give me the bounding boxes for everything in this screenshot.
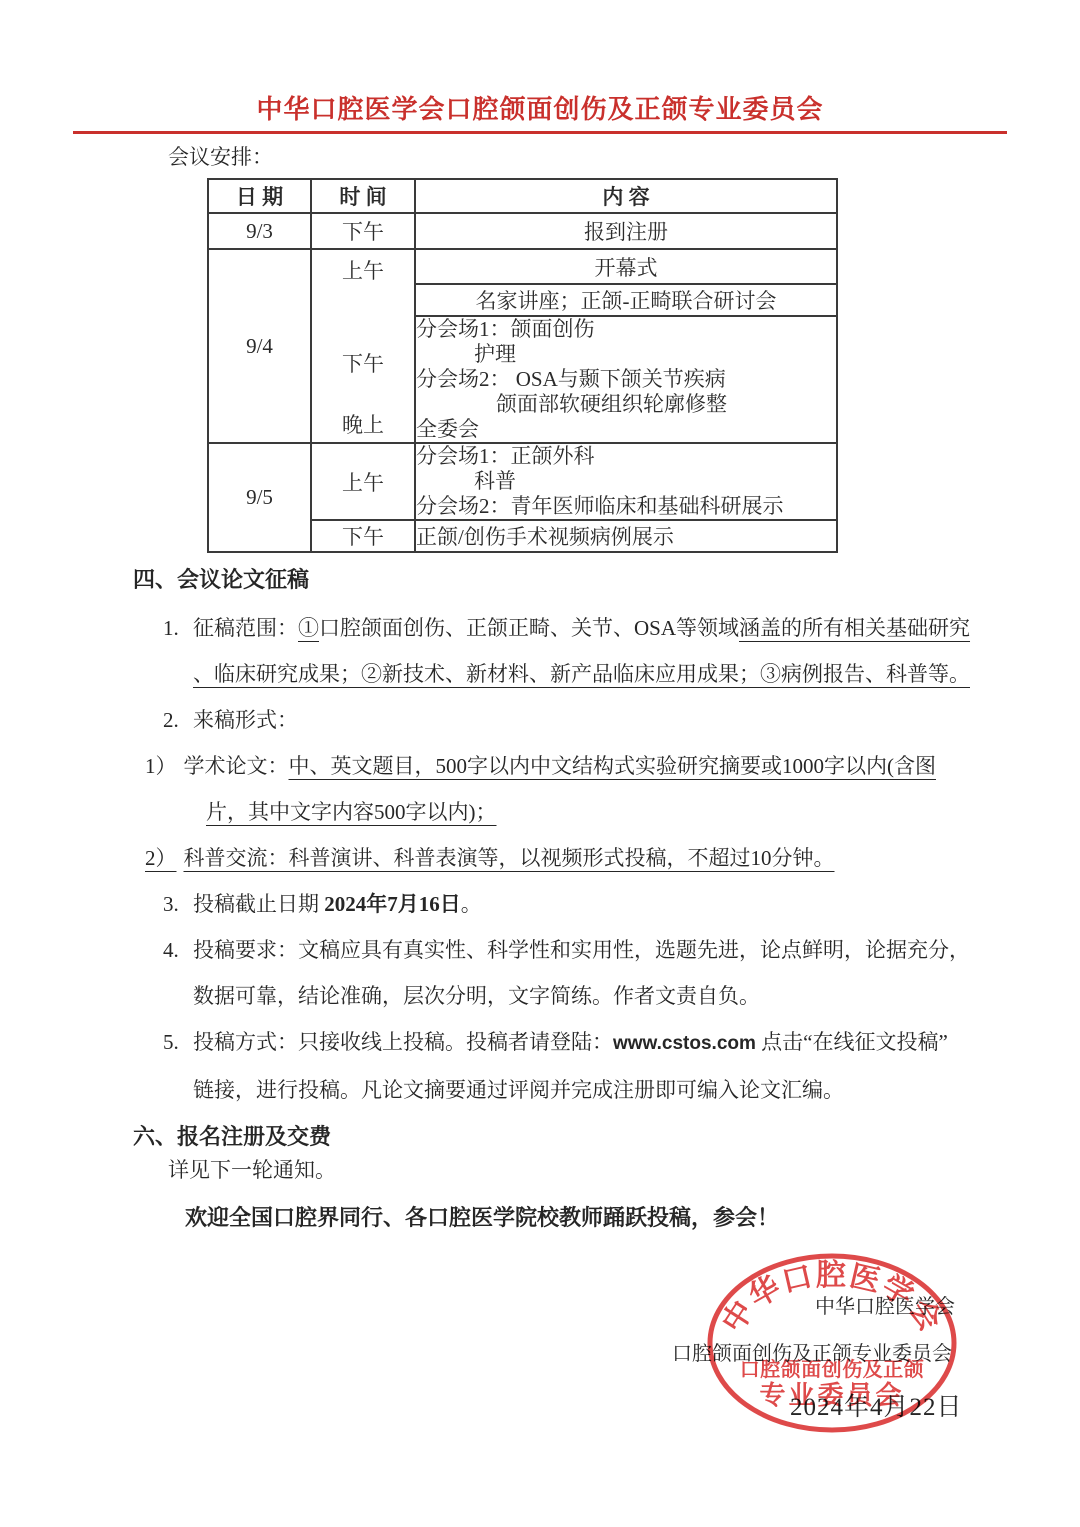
- list-item-4-line2: 数据可靠，结论准确，层次分明，文字简练。作者文责自负。: [133, 973, 1080, 1019]
- deadline-date: 2024年7月16日: [324, 892, 461, 916]
- cell-content: 名家讲座；正颌-正畸联合研讨会: [415, 284, 837, 316]
- letterhead: 中华口腔医学会口腔颌面创伤及正颌专业委员会: [73, 92, 1007, 134]
- cell-time: 下午: [311, 213, 415, 249]
- sub-item-1-line2: 片，其中文字内容500字以内)；: [133, 789, 1080, 835]
- session-line: 科普: [416, 469, 836, 494]
- section4-heading: 四、会议论文征稿: [133, 566, 1080, 593]
- closing-date: 2024年4月22日: [790, 1387, 963, 1423]
- item-number: 3.: [163, 881, 179, 927]
- cell-date: 9/3: [208, 213, 311, 249]
- cell-content: 分会场1：颌面创伤 护理 分会场2： OSA与颞下颌关节疾病 颌面部软硬组织轮廓…: [415, 316, 837, 443]
- item-number: 4.: [163, 927, 179, 973]
- list-item-1-line2: 、临床研究成果；②新技术、新材料、新产品临床应用成果；③病例报告、科普等。: [133, 651, 1080, 697]
- item-text: 片，其中文字内容500字以内)；: [145, 800, 497, 824]
- time-pm: 下午: [312, 348, 414, 378]
- item-text: 投稿截止日期 2024年7月16日。: [133, 881, 1080, 927]
- item-text: 、临床研究成果；②新技术、新材料、新产品临床应用成果；③病例报告、科普等。: [133, 651, 1080, 697]
- sub-item-1: 1）学术论文：中、英文题目，500字以内中文结构式实验研究摘要或1000字以内(…: [133, 743, 1080, 789]
- cell-time: 下午: [311, 520, 415, 552]
- item-text: 来稿形式：: [133, 697, 1080, 743]
- time-evening: 晚上: [312, 409, 414, 439]
- item-number: 2.: [163, 697, 179, 743]
- section4-list: 1. 征稿范围：①口腔颌面创伤、正颌正畸、关节、OSA等领域涵盖的所有相关基础研…: [133, 605, 1080, 1113]
- item-text: 数据可靠，结论准确，层次分明，文字简练。作者文责自负。: [133, 973, 1080, 1019]
- session-line: 分会场2： OSA与颞下颌关节疾病: [416, 367, 836, 392]
- closing-org-line1: 中华口腔医学会: [815, 1290, 955, 1319]
- col-header-content: 内 容: [415, 179, 837, 213]
- cell-content: 报到注册: [415, 213, 837, 249]
- item-text: 征稿范围：①口腔颌面创伤、正颌正畸、关节、OSA等领域涵盖的所有相关基础研究: [133, 605, 1080, 651]
- list-item-4: 4. 投稿要求：文稿应具有真实性、科学性和实用性，选题先进，论点鲜明，论据充分，: [133, 927, 1080, 973]
- sub-item-number: 1）: [145, 754, 177, 778]
- welcome-line: 欢迎全国口腔界同行、各口腔医学院校教师踊跃投稿，参会！: [185, 1203, 1080, 1233]
- cell-content: 分会场1：正颌外科 科普 分会场2：青年医师临床和基础科研展示: [415, 443, 837, 520]
- section6-heading: 六、报名注册及交费: [133, 1123, 1080, 1151]
- session-line: 全委会: [416, 417, 836, 442]
- cell-date: 9/5: [208, 443, 311, 552]
- list-item-1: 1. 征稿范围：①口腔颌面创伤、正颌正畸、关节、OSA等领域涵盖的所有相关基础研…: [133, 605, 1080, 651]
- sub-item-2: 2）科普交流：科普演讲、科普表演等，以视频形式投稿，不超过10分钟。: [133, 835, 1080, 881]
- table-row: 9/5 上午 分会场1：正颌外科 科普 分会场2：青年医师临床和基础科研展示: [208, 443, 837, 520]
- session-line: 分会场2：青年医师临床和基础科研展示: [416, 494, 836, 519]
- closing-org-line2: 口腔颌面创伤及正颌专业委员会: [672, 1337, 952, 1366]
- item-text: 投稿方式：只接收线上投稿。投稿者请登陆：www.cstos.com 点击“在线征…: [133, 1019, 1080, 1067]
- sub-item-number: 2）: [145, 846, 177, 870]
- item-text: 投稿要求：文稿应具有真实性、科学性和实用性，选题先进，论点鲜明，论据充分，: [133, 927, 1080, 973]
- table-row: 9/3 下午 报到注册: [208, 213, 837, 249]
- cell-content: 正颌/创伤手术视频病例展示: [415, 520, 837, 552]
- table-row: 9/4 上午 下午 晚上 开幕式: [208, 249, 837, 284]
- session-line: 护理: [416, 342, 836, 367]
- session-line: 分会场1：正颌外科: [416, 444, 836, 469]
- cell-time: 上午: [311, 443, 415, 520]
- cell-date: 9/4: [208, 249, 311, 443]
- cell-content: 开幕式: [415, 249, 837, 284]
- col-header-time: 时 间: [311, 179, 415, 213]
- list-item-5-line2: 链接，进行投稿。凡论文摘要通过评阅并完成注册即可编入论文汇编。: [133, 1067, 1080, 1113]
- session-line: 颌面部软硬组织轮廓修整: [416, 392, 836, 417]
- document-page: 中华口腔医学会口腔颌面创伤及正颌专业委员会 会议安排： 日 期 时 间 内 容 …: [0, 0, 1080, 1527]
- section6-body: 详见下一轮通知。: [168, 1155, 1080, 1185]
- item-number: 1.: [163, 605, 179, 651]
- list-item-2: 2. 来稿形式：: [133, 697, 1080, 743]
- schedule-intro: 会议安排：: [168, 143, 1080, 171]
- cell-time-group: 上午 下午 晚上: [311, 249, 415, 443]
- table-header-row: 日 期 时 间 内 容: [208, 179, 837, 213]
- list-item-5: 5. 投稿方式：只接收线上投稿。投稿者请登陆：www.cstos.com 点击“…: [133, 1019, 1080, 1067]
- letterhead-title: 中华口腔医学会口腔颌面创伤及正颌专业委员会: [73, 92, 1007, 128]
- item-text: 链接，进行投稿。凡论文摘要通过评阅并完成注册即可编入论文汇编。: [133, 1067, 1080, 1113]
- schedule-table: 日 期 时 间 内 容 9/3 下午 报到注册 9/4 上午 下午 晚上 开幕式…: [207, 178, 838, 553]
- list-item-3: 3. 投稿截止日期 2024年7月16日。: [133, 881, 1080, 927]
- item-number: 5.: [163, 1019, 179, 1065]
- time-am: 上午: [312, 255, 414, 285]
- col-header-date: 日 期: [208, 179, 311, 213]
- session-line: 分会场1：颌面创伤: [416, 317, 836, 342]
- submission-url: www.cstos.com: [613, 1033, 756, 1054]
